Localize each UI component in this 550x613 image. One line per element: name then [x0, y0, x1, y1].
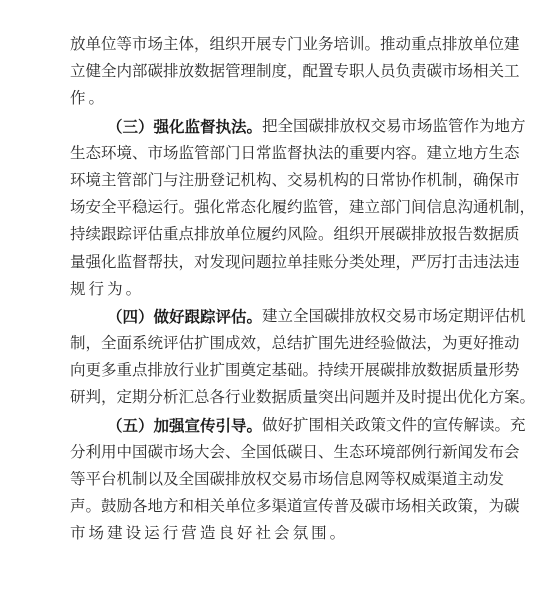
- text-char: 扩: [303, 330, 319, 357]
- text-char: 机: [318, 167, 334, 194]
- text-char: 国: [256, 439, 272, 466]
- text-char: 新: [442, 439, 458, 466]
- text-char: 履: [272, 194, 288, 221]
- text-char: 专: [272, 31, 288, 58]
- text-char: 开: [365, 221, 381, 248]
- text-char: 碳: [396, 221, 412, 248]
- text-char: 单: [86, 31, 102, 58]
- text-char: 。: [365, 31, 381, 58]
- text-char: 规: [70, 276, 86, 303]
- document-page: 放单位等市场主体，组织开展专门业务培训。推动重点排放单位建 立健全内部碳排放数据…: [70, 31, 478, 548]
- text-char: 对: [194, 249, 210, 276]
- text-char: 效: [241, 330, 257, 357]
- text-char: 突: [318, 384, 334, 411]
- heading-char: 导: [231, 412, 247, 439]
- text-char: 单: [473, 31, 489, 58]
- text-line: （四）做好跟踪评估。建立全国碳排放权交易市场定期评估机: [70, 303, 478, 330]
- heading-char: 宣: [185, 412, 201, 439]
- text-char: 文: [386, 412, 402, 439]
- text-char: 重: [411, 31, 427, 58]
- text-char: 。: [303, 357, 319, 384]
- text-char: ，: [194, 31, 210, 58]
- text-char: ，: [396, 249, 412, 276]
- text-char: 营: [181, 520, 197, 547]
- text-char: 作: [464, 113, 480, 140]
- text-char: 件: [402, 412, 418, 439]
- text-char: 违: [473, 249, 489, 276]
- text-char: 场: [458, 58, 474, 85]
- text-char: 估: [495, 303, 511, 330]
- text-char: 围: [225, 357, 241, 384]
- text-char: 国: [132, 439, 148, 466]
- text-char: 法: [411, 330, 427, 357]
- text-char: 励: [117, 493, 133, 520]
- text-char: 案: [504, 384, 520, 411]
- text-char: 围: [309, 412, 325, 439]
- text-char: 通: [473, 194, 489, 221]
- text-char: 读: [479, 412, 495, 439]
- text-char: 协: [396, 167, 412, 194]
- text-char: 碳: [287, 439, 303, 466]
- text-char: 理: [241, 58, 257, 85]
- text-char: 为: [107, 276, 123, 303]
- text-char: 风: [287, 221, 303, 248]
- text-char: 门: [287, 31, 303, 58]
- text-char: 厉: [427, 249, 443, 276]
- text-char: 平: [117, 194, 133, 221]
- text-char: 态: [349, 439, 365, 466]
- text-char: 健: [86, 58, 102, 85]
- text-char: 数: [256, 384, 272, 411]
- text-char: 开: [349, 357, 365, 384]
- text-char: 门: [225, 140, 241, 167]
- text-char: 碳: [365, 493, 381, 520]
- heading-char: 评: [216, 303, 232, 330]
- text-char: 研: [70, 384, 86, 411]
- text-char: 用: [101, 439, 117, 466]
- text-char: 间: [411, 194, 427, 221]
- text-char: 宣: [303, 493, 319, 520]
- text-char: 单: [225, 493, 241, 520]
- text-char: 扩: [194, 330, 210, 357]
- text-char: 主: [101, 167, 117, 194]
- text-char: 化: [210, 194, 226, 221]
- text-char: 稳: [132, 194, 148, 221]
- text-char: 门: [148, 167, 164, 194]
- text-char: 立: [365, 194, 381, 221]
- text-char: 各: [210, 384, 226, 411]
- text-char: 关: [340, 412, 356, 439]
- text-char: 策: [458, 493, 474, 520]
- text-char: 组: [210, 31, 226, 58]
- text-char: 排: [225, 466, 241, 493]
- text-char: 碳: [148, 58, 164, 85]
- text-char: 体: [179, 31, 195, 58]
- text-char: 放: [340, 113, 356, 140]
- text-char: 重: [349, 140, 365, 167]
- text-char: 经: [365, 330, 381, 357]
- text-char: 市: [163, 439, 179, 466]
- text-char: 碳: [380, 357, 396, 384]
- text-char: 数: [427, 357, 443, 384]
- text-line: 向更多重点排放行业扩围奠定基础。持续开展碳排放数据质量形势: [70, 357, 478, 384]
- text-char: 展: [256, 31, 272, 58]
- heading-char: （: [107, 113, 123, 140]
- text-char: 约: [287, 194, 303, 221]
- text-char: 机: [241, 167, 257, 194]
- text-char: 汇: [179, 384, 195, 411]
- text-char: 点: [427, 31, 443, 58]
- text-char: 账: [318, 249, 334, 276]
- text-char: 围: [318, 330, 334, 357]
- text-char: 排: [442, 31, 458, 58]
- heading-char: 做: [154, 303, 170, 330]
- text-char: 部: [132, 58, 148, 85]
- text-char: 、: [132, 140, 148, 167]
- text-char: 。: [495, 412, 511, 439]
- text-char: 位: [489, 31, 505, 58]
- text-char: 构: [334, 167, 350, 194]
- text-char: 。: [330, 520, 346, 547]
- text-char: 平: [86, 466, 102, 493]
- text-char: ，: [427, 330, 443, 357]
- text-char: 违: [504, 249, 520, 276]
- text-char: 国: [194, 466, 210, 493]
- heading-char: 化: [169, 113, 185, 140]
- text-char: 布: [489, 439, 505, 466]
- text-char: 场: [179, 439, 195, 466]
- text-line: 生态环境、市场监管部门日常监督执法的重要内容。建立地方生态: [70, 140, 478, 167]
- text-char: 方: [510, 113, 526, 140]
- text-char: 行: [89, 276, 105, 303]
- text-char: 低: [272, 439, 288, 466]
- text-char: 跟: [101, 221, 117, 248]
- paragraph-section-4: （四）做好跟踪评估。建立全国碳排放权交易市场定期评估机 制，全面系统评估扩围成效…: [70, 303, 478, 412]
- text-char: 管: [117, 167, 133, 194]
- text-char: 环: [365, 439, 381, 466]
- text-char: 碳: [427, 58, 443, 85]
- text-char: 排: [194, 221, 210, 248]
- text-char: 册: [194, 167, 210, 194]
- text-char: 立: [70, 58, 86, 85]
- text-char: 质: [287, 384, 303, 411]
- text-char: 基: [272, 357, 288, 384]
- text-char: 好: [237, 520, 253, 547]
- text-char: 定: [256, 357, 272, 384]
- text-char: 做: [396, 330, 412, 357]
- text-char: 。: [411, 140, 427, 167]
- text-char: 鼓: [101, 493, 117, 520]
- text-char: 全: [278, 113, 294, 140]
- heading-char: 引: [216, 412, 232, 439]
- text-char: 负: [396, 58, 412, 85]
- text-line: 量强化监督帮扶，对发现问题拉单挂账分类处理，严厉打击违法违: [70, 249, 478, 276]
- text-char: 渠: [272, 493, 288, 520]
- text-char: 扩: [210, 357, 226, 384]
- text-char: 帮: [148, 249, 164, 276]
- text-char: 场: [148, 31, 164, 58]
- text-char: 放: [458, 31, 474, 58]
- heading-char: 强: [154, 113, 170, 140]
- text-char: 管: [225, 58, 241, 85]
- text-char: 。: [318, 221, 334, 248]
- text-char: 市: [380, 493, 396, 520]
- text-char: 政: [442, 493, 458, 520]
- text-char: 面: [117, 330, 133, 357]
- text-char: 确: [473, 167, 489, 194]
- text-char: 出: [442, 384, 458, 411]
- text-char: 多: [101, 357, 117, 384]
- text-char: 统: [148, 330, 164, 357]
- text-char: 业: [241, 384, 257, 411]
- text-char: 推: [380, 31, 396, 58]
- text-char: 持: [70, 221, 86, 248]
- text-char: 排: [324, 113, 340, 140]
- text-char: 判: [86, 384, 102, 411]
- text-char: 作: [411, 167, 427, 194]
- text-char: 全: [293, 303, 309, 330]
- text-char: ，: [101, 384, 117, 411]
- text-char: 点: [132, 357, 148, 384]
- text-char: 交: [287, 167, 303, 194]
- text-char: 注: [179, 167, 195, 194]
- text-char: 建: [427, 140, 443, 167]
- text-char: 权: [396, 466, 412, 493]
- text-char: 织: [349, 221, 365, 248]
- text-char: 易: [386, 113, 402, 140]
- text-char: 职: [349, 58, 365, 85]
- text-line: 作。: [70, 85, 478, 112]
- text-char: 员: [380, 58, 396, 85]
- heading-char: ）: [138, 303, 154, 330]
- text-char: 单: [287, 249, 303, 276]
- text-char: 境: [380, 439, 396, 466]
- text-char: 运: [144, 520, 160, 547]
- text-char: 日: [365, 167, 381, 194]
- text-char: 系: [132, 330, 148, 357]
- text-char: 会: [210, 439, 226, 466]
- text-char: 。: [179, 194, 195, 221]
- text-char: 量: [70, 249, 86, 276]
- text-char: 权: [256, 466, 272, 493]
- text-char: 更: [86, 357, 102, 384]
- text-char: 市: [132, 31, 148, 58]
- heading-char: ）: [138, 412, 154, 439]
- text-char: 强: [86, 249, 102, 276]
- text-char: 相: [324, 412, 340, 439]
- text-char: ，: [256, 330, 272, 357]
- text-char: 质: [504, 221, 520, 248]
- text-char: 放: [163, 357, 179, 384]
- text-char: 态: [504, 140, 520, 167]
- text-char: 动: [396, 31, 412, 58]
- text-char: 政: [355, 412, 371, 439]
- text-char: 围: [210, 330, 226, 357]
- text-char: 题: [256, 249, 272, 276]
- text-char: 环: [101, 140, 117, 167]
- text-char: 据: [442, 357, 458, 384]
- text-char: 常: [256, 140, 272, 167]
- text-char: 配: [303, 58, 319, 85]
- text-char: 全: [241, 439, 257, 466]
- text-char: 监: [272, 140, 288, 167]
- text-char: 排: [340, 303, 356, 330]
- heading-char: 三: [123, 113, 139, 140]
- text-char: 排: [163, 58, 179, 85]
- text-char: 相: [411, 493, 427, 520]
- text-char: 培: [334, 31, 350, 58]
- text-char: 好: [278, 412, 294, 439]
- text-char: 台: [101, 466, 117, 493]
- text-char: 位: [241, 493, 257, 520]
- text-char: 化: [101, 249, 117, 276]
- text-char: 作: [70, 85, 86, 112]
- text-char: 日: [303, 439, 319, 466]
- text-char: 工: [504, 58, 520, 85]
- text-line: 立健全内部碳排放数据管理制度，配置专职人员负责碳市场相关工: [70, 58, 478, 85]
- text-char: 市: [504, 167, 520, 194]
- text-char: 排: [148, 357, 164, 384]
- text-char: 建: [504, 31, 520, 58]
- text-char: 人: [365, 58, 381, 85]
- heading-char: 监: [185, 113, 201, 140]
- text-line: 环境主管部门与注册登记机构、交易机构的日常协作机制，确保市: [70, 167, 478, 194]
- text-char: 声: [70, 493, 86, 520]
- text-char: 发: [473, 439, 489, 466]
- text-char: 总: [272, 330, 288, 357]
- text-char: 据: [210, 58, 226, 85]
- text-line: 持续跟踪评估重点排放单位履约风险。组织开展碳排放报告数据质: [70, 221, 478, 248]
- text-char: 期: [464, 303, 480, 330]
- text-char: 行: [179, 357, 195, 384]
- text-char: ，: [458, 167, 474, 194]
- text-char: 安: [86, 194, 102, 221]
- text-char: 化: [473, 384, 489, 411]
- text-char: 质: [458, 357, 474, 384]
- text-char: 宣: [433, 412, 449, 439]
- text-char: 方: [489, 384, 505, 411]
- text-char: 场: [163, 140, 179, 167]
- text-char: 。: [520, 384, 536, 411]
- text-char: 形: [489, 357, 505, 384]
- text-char: 更: [458, 330, 474, 357]
- text-char: 部: [210, 140, 226, 167]
- text-char: 要: [365, 140, 381, 167]
- text-char: 展: [380, 221, 396, 248]
- text-char: 会: [504, 439, 520, 466]
- text-char: 碳: [504, 493, 520, 520]
- text-char: 的: [334, 140, 350, 167]
- text-char: 分: [70, 439, 86, 466]
- text-char: 场: [417, 113, 433, 140]
- text-char: 数: [194, 58, 210, 85]
- heading-char: 法: [231, 113, 247, 140]
- text-char: 常: [380, 167, 396, 194]
- text-char: 挂: [303, 249, 319, 276]
- text-char: 重: [163, 221, 179, 248]
- text-char: 行: [427, 439, 443, 466]
- text-char: 常: [225, 194, 241, 221]
- text-char: 闻: [458, 439, 474, 466]
- text-line: 场安全平稳运行。强化常态化履约监管，建立部门间信息沟通机制，: [70, 194, 478, 221]
- text-char: 内: [380, 140, 396, 167]
- text-char: 放: [411, 357, 427, 384]
- text-char: 易: [287, 466, 303, 493]
- text-char: 险: [303, 221, 319, 248]
- text-char: 行: [163, 520, 179, 547]
- text-char: 市: [402, 113, 418, 140]
- text-char: 。: [89, 85, 105, 112]
- text-char: ，: [179, 249, 195, 276]
- text-char: 总: [194, 384, 210, 411]
- text-char: 地: [495, 113, 511, 140]
- text-char: 生: [489, 140, 505, 167]
- text-char: 据: [489, 221, 505, 248]
- text-char: 中: [117, 439, 133, 466]
- text-char: 息: [349, 466, 365, 493]
- text-char: 织: [225, 31, 241, 58]
- text-line: 等平台机制以及全国碳排放权交易市场信息网等权威渠道主动发: [70, 466, 478, 493]
- text-char: 务: [318, 31, 334, 58]
- heading-char: 。: [247, 113, 263, 140]
- text-char: 碳: [324, 303, 340, 330]
- text-char: 易: [303, 167, 319, 194]
- text-char: ，: [86, 330, 102, 357]
- text-char: 场: [433, 303, 449, 330]
- text-char: 势: [504, 357, 520, 384]
- text-char: 强: [194, 194, 210, 221]
- text-char: 放: [70, 31, 86, 58]
- text-char: 度: [272, 58, 288, 85]
- text-char: 组: [334, 221, 350, 248]
- text-char: ，: [520, 194, 536, 221]
- heading-char: 估: [231, 303, 247, 330]
- heading-char: 。: [247, 412, 263, 439]
- text-char: 监: [433, 113, 449, 140]
- text-char: 环: [70, 167, 86, 194]
- text-char: 动: [473, 466, 489, 493]
- text-char: 全: [101, 330, 117, 357]
- text-char: 良: [218, 520, 234, 547]
- text-char: 登: [210, 167, 226, 194]
- text-char: 全: [179, 466, 195, 493]
- text-char: 日: [241, 140, 257, 167]
- text-char: 告: [458, 221, 474, 248]
- text-char: 碳: [210, 466, 226, 493]
- text-char: 及: [163, 466, 179, 493]
- text-char: 以: [148, 466, 164, 493]
- heading-char: 踪: [200, 303, 216, 330]
- text-char: 化: [256, 194, 272, 221]
- text-char: 建: [349, 194, 365, 221]
- text-char: 置: [318, 58, 334, 85]
- text-char: 结: [287, 330, 303, 357]
- text-char: 扩: [293, 412, 309, 439]
- text-char: 态: [241, 194, 257, 221]
- text-char: 估: [148, 221, 164, 248]
- text-char: 境: [86, 167, 102, 194]
- text-char: 据: [272, 384, 288, 411]
- text-char: 排: [396, 357, 412, 384]
- text-char: 部: [132, 167, 148, 194]
- text-char: 成: [225, 330, 241, 357]
- heading-char: 传: [200, 412, 216, 439]
- text-char: 发: [489, 466, 505, 493]
- text-char: 社: [255, 520, 271, 547]
- text-char: 会: [274, 520, 290, 547]
- text-char: 出: [334, 384, 350, 411]
- text-char: 、: [272, 167, 288, 194]
